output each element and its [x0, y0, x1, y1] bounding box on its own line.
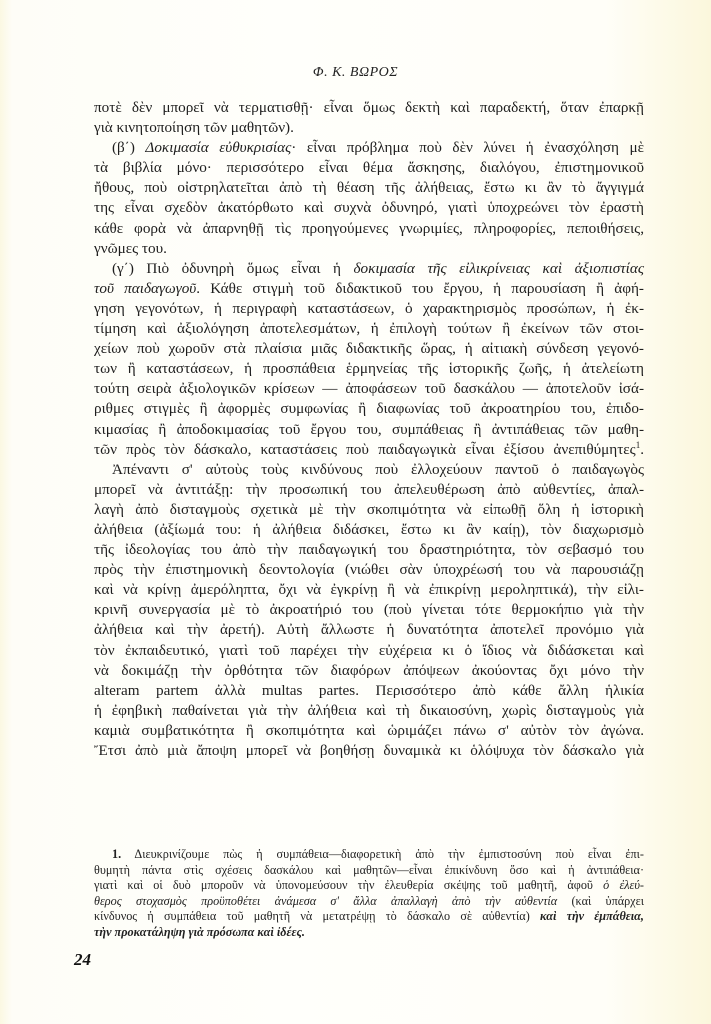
text-line: τὸν ἐκπαιδευτικό, γιατὶ τοῦ παρέχει τὴν …	[94, 641, 644, 661]
text-line-section-beta: (β΄) Δοκιμασία εὐθυκρισίας· εἶναι πρόβλη…	[94, 138, 644, 158]
body-text: ποτὲ δὲν μπορεῖ νὰ τερματισθῇ· εἶναι ὅμω…	[94, 98, 644, 761]
text-line: ριθμες στιγμὲς ἢ ἀφορμὲς συμφωνίας ἢ δια…	[94, 399, 644, 419]
italic-term: τοῦ παιδαγωγοῦ	[94, 280, 196, 297]
running-head: Φ. Κ. ΒΩΡΟΣ	[0, 65, 711, 81]
footnote-line: τὴν προκατάληψη γιὰ πρόσωπα καὶ ἰδέες.	[94, 925, 644, 941]
text-line: κάθε φορὰ νὰ ἀπαρνηθῇ τὶς προηγούμενες γ…	[94, 219, 644, 239]
footnote-line: θερος στοχασμὸς προϋποθέτει ἀνάμεσα σ' ἄ…	[94, 894, 644, 910]
text-line: γιὰ κινητοποίηση τῶν μαθητῶν).	[94, 118, 644, 138]
text-line: της εἶναι σχεδὸν ἀκατόρθωτο καὶ συχνὰ ὀδ…	[94, 198, 644, 218]
text-line: τὰ βιβλία μόνο· περισσότερο εἶναι θέμα ἄ…	[94, 158, 644, 178]
text-line: ἡ ἐφηβικὴ παθαίνεται γιὰ τὴν ἀλήθεια καὶ…	[94, 701, 644, 721]
footnote-marker: 1.	[112, 847, 121, 861]
footnotes: 1. Διευκρινίζουμε πὼς ἡ συμπάθεια—διαφορ…	[94, 847, 644, 941]
text-line: ἀλήθεια (ἀξίωμά του: ἡ ἀλήθεια διδάσκει,…	[94, 520, 644, 540]
text-line: μπορεῖ νὰ ἀντιτάξῃ: τὴν προσωπική του ἀπ…	[94, 480, 644, 500]
text-line: ἀλήθεια καὶ τὴν ἀρετή). Αὐτὴ ἄλλωστε ἡ δ…	[94, 620, 644, 640]
text-line: χείων ποὺ χωροῦν στὰ πλαίσια μιᾶς διδακτ…	[94, 339, 644, 359]
text-line-section-gamma: (γ΄) Πιὸ ὀδυνηρὴ ὅμως εἶναι ἡ δοκιμασία …	[94, 259, 644, 279]
text-line: κρινῆ συνεργασία μὲ τὸ ἀκροατήριό του (π…	[94, 600, 644, 620]
text-line: των ἢ καταστάσεων, ἡ προσπάθεια ἑρμηνεία…	[94, 359, 644, 379]
footnote-line: θυμητὴ πάντα στὶς σχέσεις δασκάλου καὶ μ…	[94, 863, 644, 879]
book-page: Φ. Κ. ΒΩΡΟΣ ποτὲ δὲν μπορεῖ νὰ τερματισθ…	[0, 0, 711, 1024]
text-line: ἤθους, ποὺ οἰστρηλατεῖται ἀπὸ τὴ θέαση τ…	[94, 178, 644, 198]
text-line: ποτὲ δὲν μπορεῖ νὰ τερματισθῇ· εἶναι ὅμω…	[94, 98, 644, 118]
text-line: καὶ νὰ κρίνῃ ἀμερόληπτα, ὄχι νὰ ἐγκρίνῃ …	[94, 580, 644, 600]
text-line: λαγὴ ἀπὸ δισταγμοὺς σχετικὰ μὲ τὴν σκοπι…	[94, 500, 644, 520]
text-line: καμιὰ συμβατικότητα ἢ σκοπιμότητα καὶ ὡρ…	[94, 721, 644, 741]
text-line: alteram partem ἀλλὰ multas partes. Περισ…	[94, 681, 644, 701]
text-line: Ἀπέναντι σ' αὐτοὺς τοὺς κινδύνους ποὺ ἐλ…	[94, 460, 644, 480]
text-line: τῶν πρὸς τὸν δάσκαλο, καταστάσεις ποὺ πα…	[94, 440, 644, 460]
text-line: τοῦ παιδαγωγοῦ. Κάθε στιγμὴ τοῦ διδακτικ…	[94, 279, 644, 299]
text-line: νὰ δοκιμάζῃ τὴν ὀρθότητα τῶν διαφόρων ἀπ…	[94, 661, 644, 681]
footnote-line: 1. Διευκρινίζουμε πὼς ἡ συμπάθεια—διαφορ…	[94, 847, 644, 863]
footnote-line: γιατὶ καὶ οἱ δυὸ μποροῦν νὰ ὑπονομεύσουν…	[94, 878, 644, 894]
text-line: κιμασίας ἢ ἀποδοκιμασίας τοῦ ἔργου του, …	[94, 420, 644, 440]
footnote-line: κίνδυνος ἡ συμπάθεια τοῦ μαθητῆ νὰ μετατ…	[94, 909, 644, 925]
text-line: Ἔτσι ἀπὸ μιὰ ἄποψη μπορεῖ νὰ βοηθήσῃ δυν…	[94, 741, 644, 761]
italic-term: δοκιμασία τῆς εἰλικρίνειας καὶ ἀξιοπιστί…	[353, 260, 644, 277]
text-line: γηση γεγονότων, ἡ περιγραφὴ καταστάσεων,…	[94, 299, 644, 319]
text-line: πρὸς τὴν ἐπιστημονικὴ δεοντολογία (νιώθε…	[94, 560, 644, 580]
text-line: τῆς ἰδεολογίας του ἀπὸ τὴν παιδαγωγική τ…	[94, 540, 644, 560]
text-line: τίμηση καὶ ἀξιολόγηση ἀποτελεσμάτων, ἡ ἐ…	[94, 319, 644, 339]
text-line: τούτη σειρὰ ἀξιολογικῶν κρίσεων — ἀποφάσ…	[94, 379, 644, 399]
page-number: 24	[74, 950, 91, 970]
italic-term: Δοκιμασία εὐθυκρισίας	[145, 139, 291, 156]
text-line: γνῶμες του.	[94, 239, 644, 259]
